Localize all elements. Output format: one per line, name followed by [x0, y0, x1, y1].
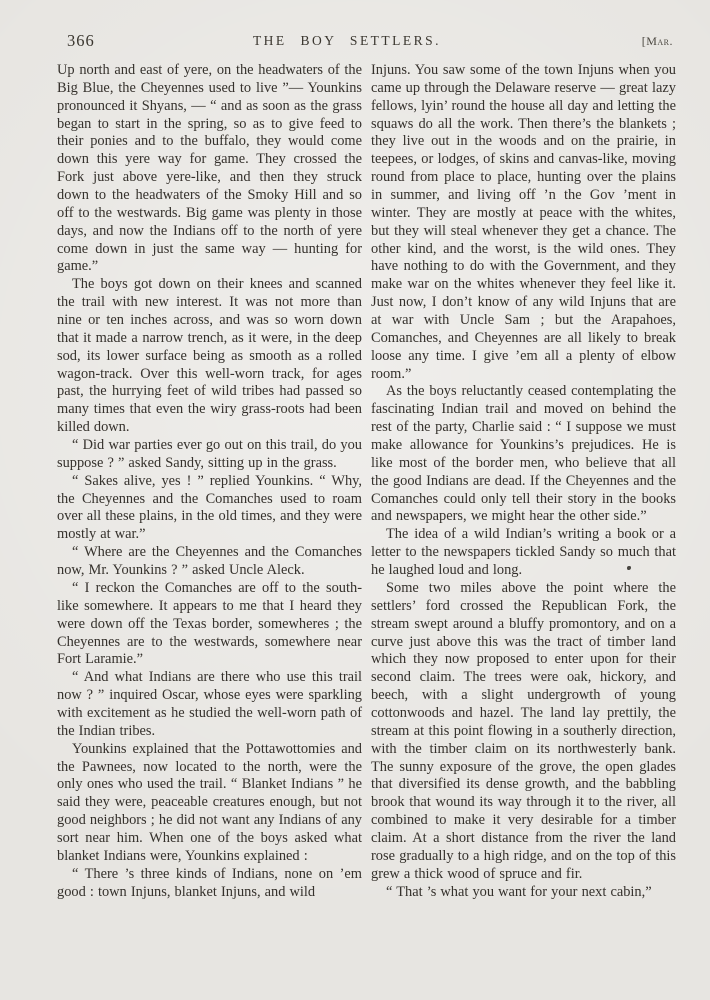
paragraph: Injuns. You saw some of the town Injuns …: [371, 62, 676, 383]
paragraph: “ And what Indians are there who use thi…: [57, 669, 362, 740]
date-marker: [Mar.: [642, 34, 673, 49]
paragraph: “ Where are the Cheyennes and the Comanc…: [57, 544, 362, 580]
paragraph: Up north and east of yere, on the headwa…: [57, 62, 362, 276]
text-columns: Up north and east of yere, on the headwa…: [57, 62, 676, 901]
right-column: Injuns. You saw some of the town Injuns …: [371, 62, 676, 901]
left-column: Up north and east of yere, on the headwa…: [57, 62, 362, 901]
paragraph: Younkins explained that the Pottawottomi…: [57, 741, 362, 866]
paragraph: As the boys reluctantly ceased contempla…: [371, 383, 676, 526]
paragraph: “ I reckon the Comanches are off to the …: [57, 580, 362, 669]
paragraph: Some two miles above the point where the…: [371, 580, 676, 884]
paragraph: The boys got down on their knees and sca…: [57, 276, 362, 437]
paragraph: “ There ’s three kinds of Indians, none …: [57, 866, 362, 902]
running-title: THE BOY SETTLERS.: [57, 33, 637, 49]
paragraph: The idea of a wild Indian’s writing a bo…: [371, 526, 676, 580]
paragraph: “ That ’s what you want for your next ca…: [371, 884, 676, 902]
paragraph: “ Sakes alive, yes ! ” replied Younkins.…: [57, 473, 362, 544]
book-page-scan: 366 THE BOY SETTLERS. [Mar. Up north and…: [0, 0, 710, 1000]
running-header: 366 THE BOY SETTLERS. [Mar.: [57, 31, 677, 53]
paragraph: “ Did war parties ever go out on this tr…: [57, 437, 362, 473]
